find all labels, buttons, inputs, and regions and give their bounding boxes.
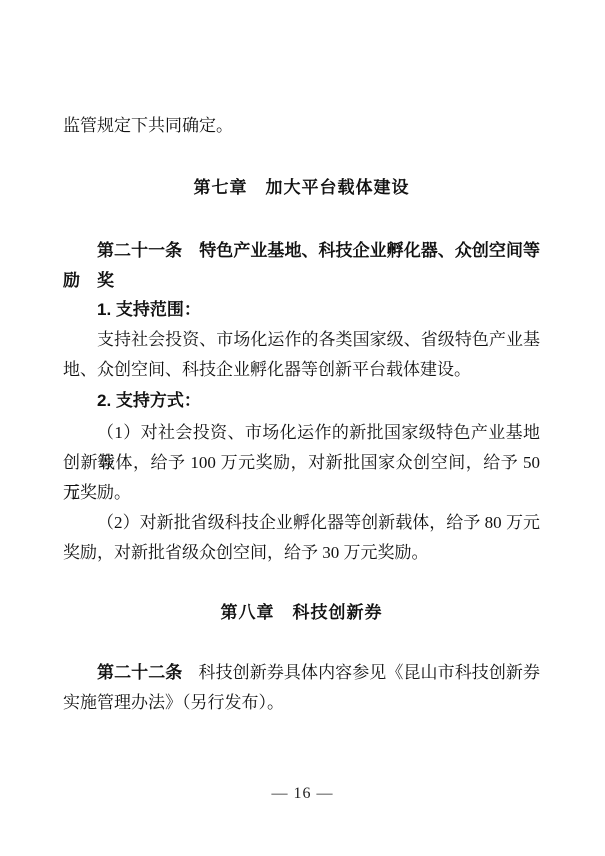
article-21-item-2-line-1: （2）对新批省级科技企业孵化器等创新载体，给予 80 万元 (63, 508, 540, 538)
article-22-line-1: 第二十二条科技创新券具体内容参见《昆山市科技创新券 (63, 658, 540, 688)
chapter-7-heading: 第七章 加大平台载体建设 (63, 173, 540, 203)
article-21-item-1-line-1: （1）对社会投资、市场化运作的新批国家级特色产业基地等 (63, 418, 540, 448)
article-21-scope-line-2: 地、众创空间、科技企业孵化器等创新平台载体建设。 (63, 355, 540, 385)
article-21-item-2-line-2: 奖励，对新批省级众创空间，给予 30 万元奖励。 (63, 538, 540, 568)
article-21-item-1-line-3: 元奖励。 (63, 478, 540, 508)
article-21-scope-line-1: 支持社会投资、市场化运作的各类国家级、省级特色产业基 (63, 325, 540, 355)
document-page: 监管规定下共同确定。 第七章 加大平台载体建设 第二十一条 特色产业基地、科技企… (0, 0, 605, 856)
article-22-label: 第二十二条 (97, 663, 182, 682)
article-21-item-1-line-2: 创新载体，给予 100 万元奖励，对新批国家众创空间，给予 50 万 (63, 448, 540, 478)
page-number: — 16 — (0, 782, 605, 806)
article-21-heading-line-2: 励 (63, 266, 540, 296)
article-22-line-2: 实施管理办法》（另行发布）。 (63, 688, 540, 718)
article-21-scope-label: 1. 支持范围： (63, 295, 540, 325)
article-21-method-label: 2. 支持方式： (63, 386, 540, 416)
intro-paragraph-line: 监管规定下共同确定。 (63, 111, 540, 141)
chapter-8-heading: 第八章 科技创新券 (63, 598, 540, 628)
article-22-line-1-text: 科技创新券具体内容参见《昆山市科技创新券 (199, 663, 540, 682)
article-21-heading-line-1: 第二十一条 特色产业基地、科技企业孵化器、众创空间等奖 (63, 236, 540, 266)
